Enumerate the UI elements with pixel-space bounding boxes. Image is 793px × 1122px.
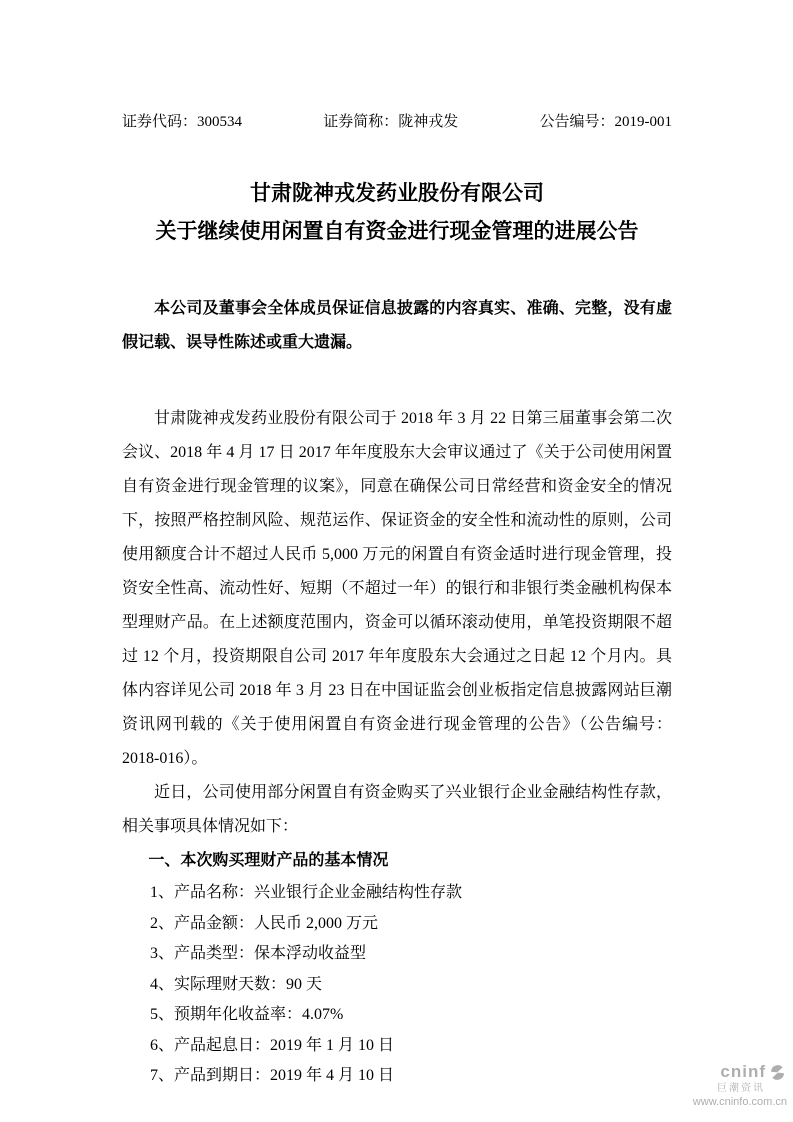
- product-detail-list: 1、产品名称：兴业银行企业金融结构性存款 2、产品金额：人民币 2,000 万元…: [122, 878, 672, 1092]
- body-paragraph-1: 甘肃陇神戎发药业股份有限公司于 2018 年 3 月 22 日第三届董事会第二次…: [122, 402, 672, 776]
- cninfo-chinese-name: 巨潮资讯: [693, 1083, 787, 1094]
- section-1-heading: 一、本次购买理财产品的基本情况: [122, 844, 672, 878]
- list-item-product-end-date: 7、产品到期日：2019 年 4 月 10 日: [122, 1061, 672, 1092]
- list-item-product-amount: 2、产品金额：人民币 2,000 万元: [122, 909, 672, 940]
- company-name-title: 甘肃陇神戎发药业股份有限公司: [122, 174, 672, 212]
- list-item-product-start-date: 6、产品起息日：2019 年 1 月 10 日: [122, 1031, 672, 1062]
- list-item-product-yield: 5、预期年化收益率：4.07%: [122, 1000, 672, 1031]
- stock-code: 证券代码：300534: [122, 112, 242, 132]
- cninfo-logo-text: cninf: [720, 1063, 766, 1082]
- list-item-product-name: 1、产品名称：兴业银行企业金融结构性存款: [122, 878, 672, 909]
- announcement-number: 公告编号：2019-001: [540, 112, 673, 132]
- cninfo-swirl-icon: [768, 1063, 787, 1082]
- announcement-title: 关于继续使用闲置自有资金进行现金管理的进展公告: [122, 212, 672, 250]
- document-header: 证券代码：300534 证券简称：陇神戎发 公告编号：2019-001: [122, 112, 672, 132]
- cninfo-watermark: cninf 巨潮资讯 www.cninfo.com.cn: [693, 1063, 787, 1108]
- list-item-product-days: 4、实际理财天数：90 天: [122, 970, 672, 1001]
- stock-short-name: 证券简称：陇神戎发: [323, 112, 458, 132]
- document-page: 证券代码：300534 证券简称：陇神戎发 公告编号：2019-001 甘肃陇神…: [0, 0, 793, 1122]
- disclaimer-statement: 本公司及董事会全体成员保证信息披露的内容真实、准确、完整，没有虚假记载、误导性陈…: [122, 292, 672, 360]
- list-item-product-type: 3、产品类型：保本浮动收益型: [122, 939, 672, 970]
- cninfo-logo-row: cninf: [693, 1063, 787, 1082]
- body-paragraph-2: 近日，公司使用部分闲置自有资金购买了兴业银行企业金融结构性存款，相关事项具体情况…: [122, 776, 672, 844]
- cninfo-url: www.cninfo.com.cn: [693, 1096, 787, 1108]
